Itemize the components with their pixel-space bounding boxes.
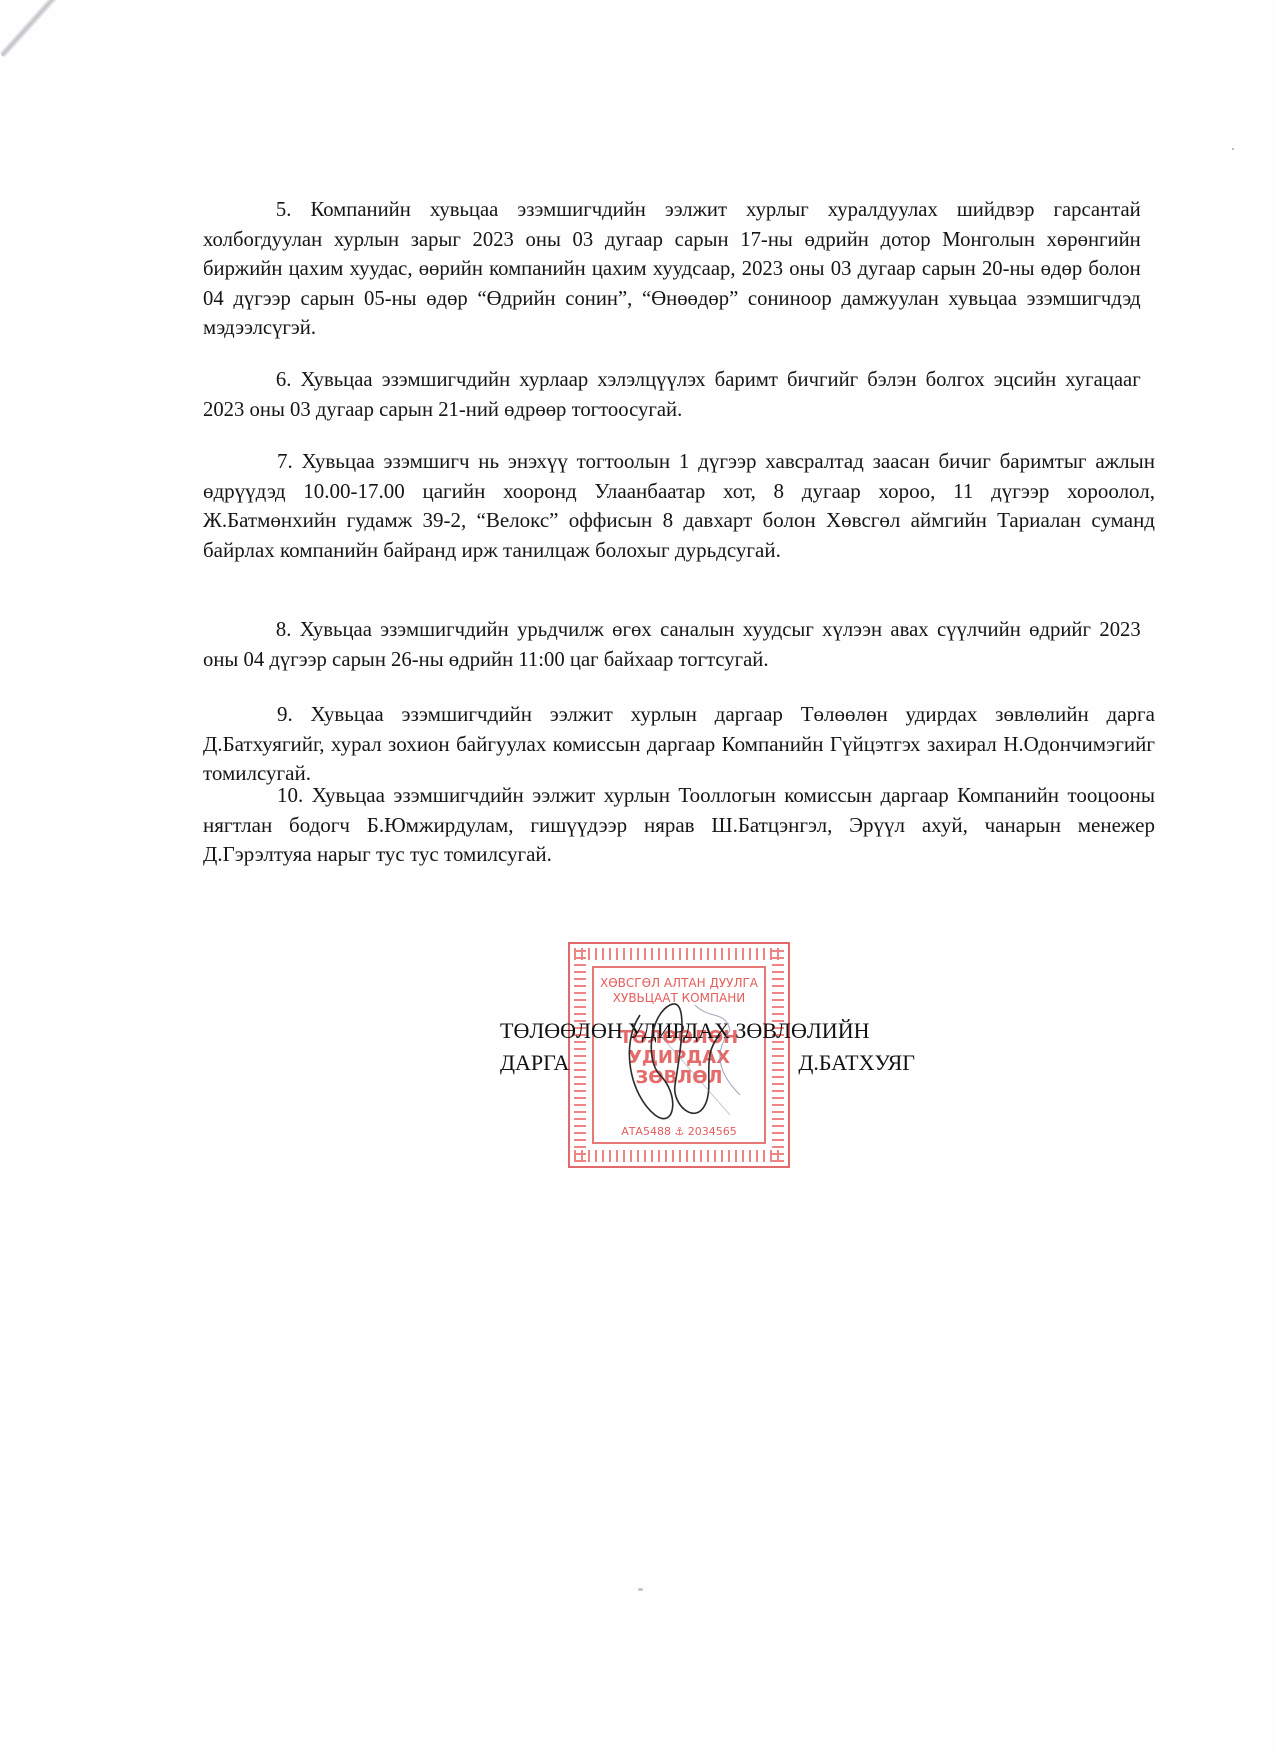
- paragraph-8: 8. Хувьцаа эзэмшигчдийн урьдчилж өгөх са…: [203, 615, 1141, 674]
- seal-registration-code: АТА5488 ⚓ 2034565: [594, 1125, 764, 1138]
- signatory-name: Д.БАТХУЯГ: [798, 1047, 915, 1079]
- paragraph-9: 9. Хувьцаа эзэмшигчдийн ээлжит хурлын да…: [203, 700, 1155, 789]
- signatory-name-line: ДАРГА Д.БАТХУЯГ: [500, 1047, 915, 1079]
- signatory-role: ДАРГА: [500, 1047, 569, 1079]
- scan-speck: [1232, 148, 1234, 150]
- paragraph-6: 6. Хувьцаа эзэмшигчдийн хурлаар хэлэлцүү…: [203, 365, 1141, 424]
- paragraph-7: 7. Хувьцаа эзэмшигч нь энэхүү тогтоолын …: [203, 447, 1155, 565]
- scan-speck: [638, 1588, 643, 1591]
- signatory-title-line: ТӨЛӨӨЛӨН УДИРДАХ ЗӨВЛӨЛИЙН: [500, 1015, 915, 1047]
- seal-org-line-1: ХӨВСГӨЛ АЛТАН ДУУЛГА: [594, 976, 764, 991]
- seal-org-line-2: ХУВЬЦААТ КОМПАНИ: [594, 991, 764, 1006]
- paragraph-10: 10. Хувьцаа эзэмшигчдийн ээлжит хурлын Т…: [203, 781, 1155, 870]
- scan-fold-shadow: [0, 0, 105, 58]
- seal-organization: ХӨВСГӨЛ АЛТАН ДУУЛГА ХУВЬЦААТ КОМПАНИ: [594, 976, 764, 1006]
- paragraph-5: 5. Компанийн хувьцаа эзэмшигчдийн ээлжит…: [203, 195, 1141, 343]
- signature-block: ТӨЛӨӨЛӨН УДИРДАХ ЗӨВЛӨЛИЙН ДАРГА Д.БАТХУ…: [500, 1015, 915, 1079]
- signatory-title: ТӨЛӨӨЛӨН УДИРДАХ ЗӨВЛӨЛИЙН: [500, 1015, 869, 1047]
- document-page: 5. Компанийн хувьцаа эзэмшигчдийн ээлжит…: [0, 0, 1276, 1755]
